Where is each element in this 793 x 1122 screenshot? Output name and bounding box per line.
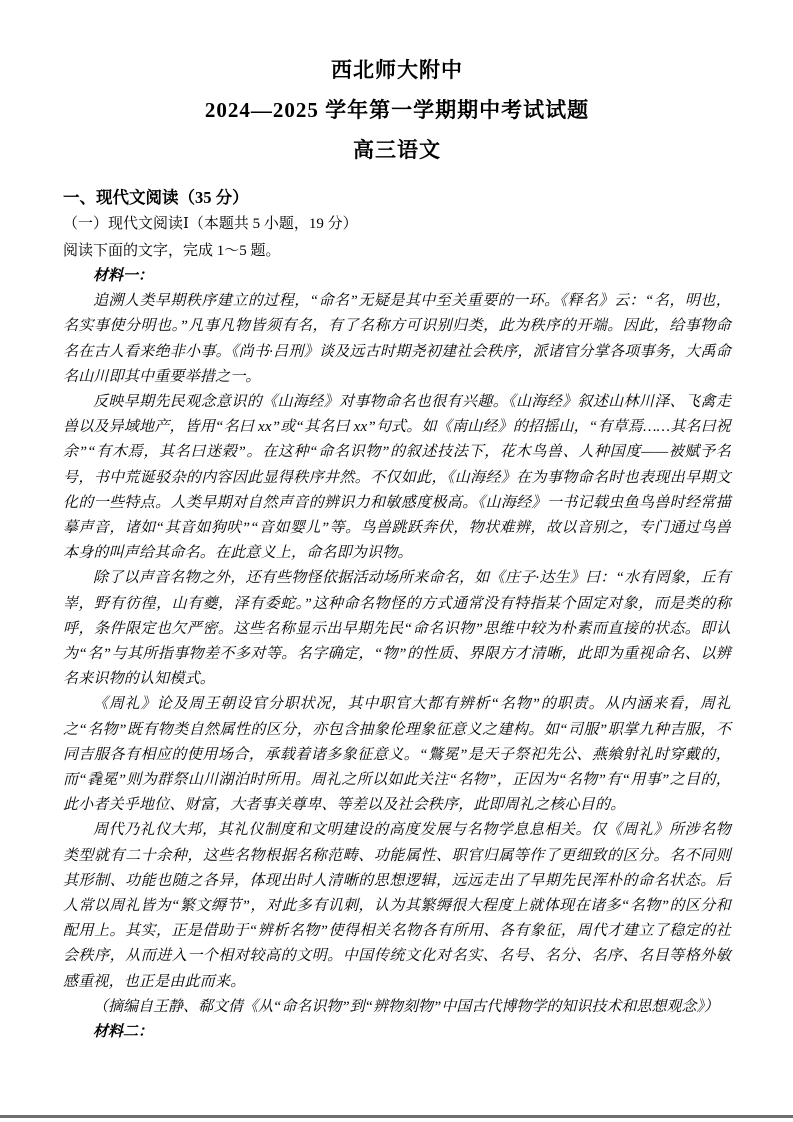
exam-subject: 高三语文 <box>63 130 731 170</box>
title-block: 西北师大附中 2024—2025 学年第一学期期中考试试题 高三语文 <box>63 50 731 170</box>
material-one-paragraph-4: 《周礼》论及周王朝设官分职状况，其中职官大都有辨析“名物”的职责。从内涵来看，周… <box>63 692 731 818</box>
material-two-label: 材料二： <box>63 1020 731 1045</box>
material-one-paragraph-2: 反映早期先民观念意识的《山海经》对事物命名也很有兴趣。《山海经》叙述山林川泽、飞… <box>63 390 731 566</box>
material-one-paragraph-5: 周代乃礼仪大邦，其礼仪制度和文明建设的高度发展与名物学息息相关。仅《周礼》所涉名… <box>63 818 731 994</box>
exam-title: 2024—2025 学年第一学期期中考试试题 <box>63 90 731 130</box>
material-one-paragraph-3: 除了以声音名物之外，还有些物怪依据活动场所来命名，如《庄子·达生》曰：“水有罔象… <box>63 566 731 692</box>
reading-instruction: 阅读下面的文字，完成 1～5 题。 <box>63 238 731 265</box>
section-heading-modern-reading: 一、现代文阅读（35 分） <box>63 184 731 211</box>
material-one-paragraph-1: 追溯人类早期秩序建立的过程，“命名”无疑是其中至关重要的一环。《释名》云：“名，… <box>63 289 731 390</box>
school-name: 西北师大附中 <box>63 50 731 90</box>
exam-paper-page: 西北师大附中 2024—2025 学年第一学期期中考试试题 高三语文 一、现代文… <box>0 0 793 1122</box>
bottom-divider-bar <box>0 1115 793 1118</box>
subsection-heading-reading-one: （一）现代文阅读Ⅰ（本题共 5 小题，19 分） <box>63 211 731 238</box>
page-content: 西北师大附中 2024—2025 学年第一学期期中考试试题 高三语文 一、现代文… <box>63 50 731 1045</box>
material-one-attribution: （摘编自王静、郗文倩《从“命名识物”到“辨物刻物”中国古代博物学的知识技术和思想… <box>63 995 731 1020</box>
material-one-label: 材料一： <box>63 264 731 289</box>
